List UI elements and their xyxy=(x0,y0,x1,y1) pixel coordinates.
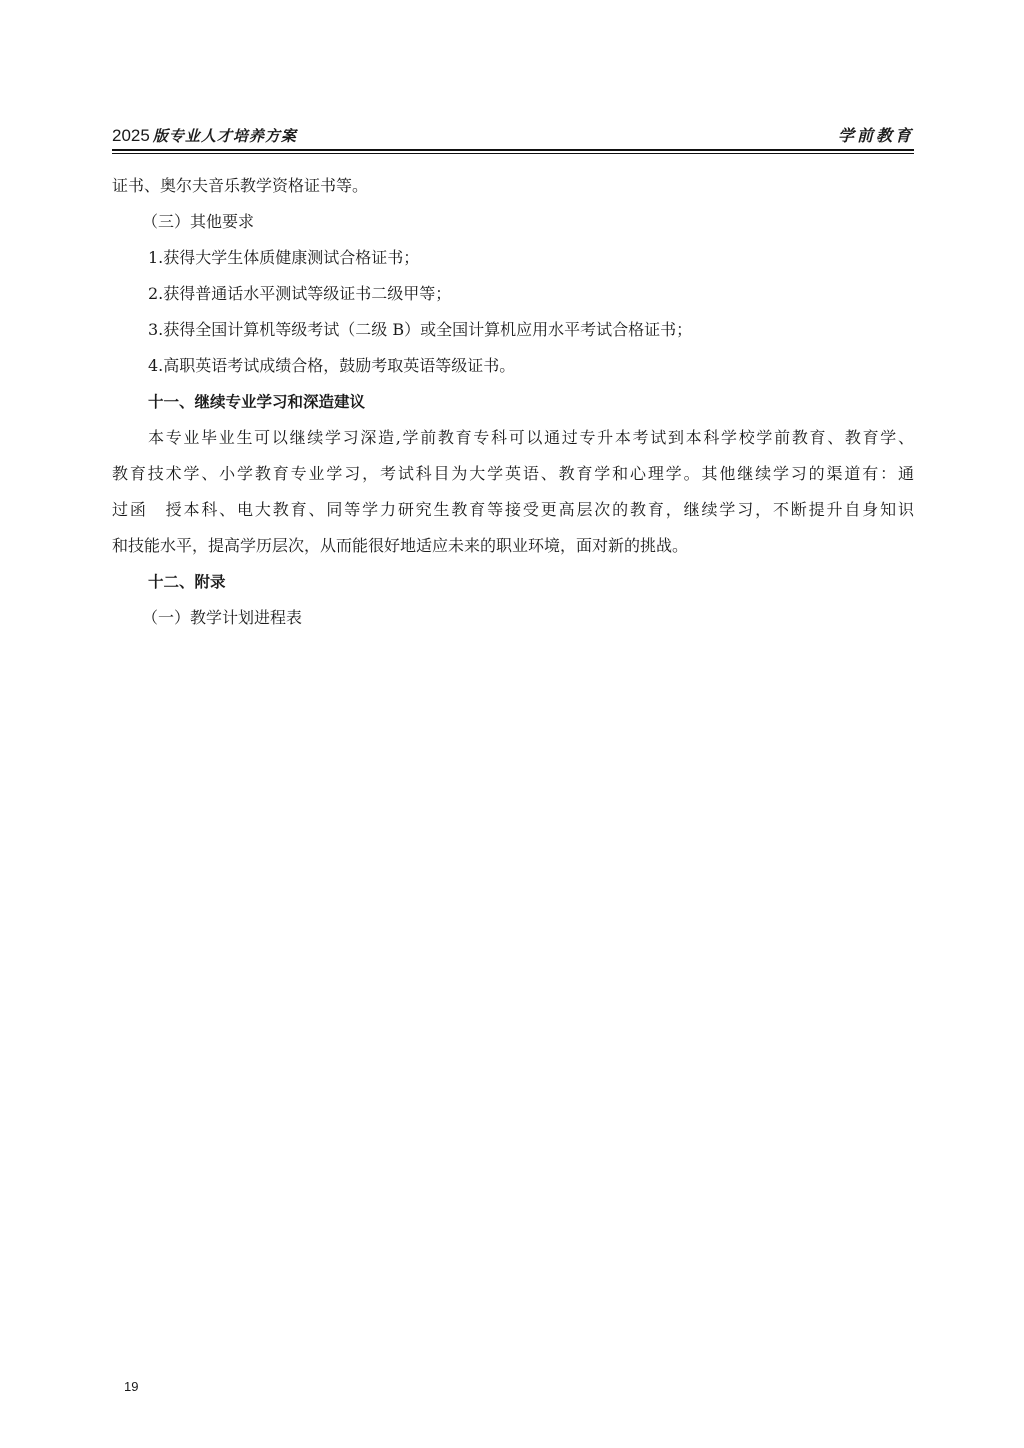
requirement-item: 1.获得大学生体质健康测试合格证书； xyxy=(112,240,914,276)
header-year: 2025 xyxy=(112,126,150,145)
paragraph-line: 和技能水平，提高学历层次，从而能很好地适应未来的职业环境，面对新的挑战。 xyxy=(112,528,914,564)
header-title: 版专业人才培养方案 xyxy=(153,127,297,145)
section-12-subheading: （一）教学计划进程表 xyxy=(112,600,914,636)
requirement-item: 4.高职英语考试成绩合格，鼓励考取英语等级证书。 xyxy=(112,348,914,384)
paragraph-line: 过函 授本科、电大教育、同等学力研究生教育等接受更高层次的教育，继续学习，不断提… xyxy=(112,492,914,528)
continuation-text: 证书、奥尔夫音乐教学资格证书等。 xyxy=(112,168,914,204)
section-other-requirements-heading: （三）其他要求 xyxy=(112,204,914,240)
header-department: 学前教育 xyxy=(838,124,914,148)
paragraph-line: 本专业毕业生可以继续学习深造,学前教育专科可以通过专升本考试到本科学校学前教育、… xyxy=(112,420,914,456)
page-content: 证书、奥尔夫音乐教学资格证书等。 （三）其他要求 1.获得大学生体质健康测试合格… xyxy=(112,168,914,636)
section-11-paragraph: 本专业毕业生可以继续学习深造,学前教育专科可以通过专升本考试到本科学校学前教育、… xyxy=(112,420,914,564)
page-number: 19 xyxy=(124,1378,138,1396)
section-12-heading: 十二、附录 xyxy=(112,564,914,600)
paragraph-line: 教育技术学、小学教育专业学习，考试科目为大学英语、教育学和心理学。其他继续学习的… xyxy=(112,456,914,492)
section-11-heading: 十一、继续专业学习和深造建议 xyxy=(112,384,914,420)
requirement-item: 2.获得普通话水平测试等级证书二级甲等； xyxy=(112,276,914,312)
header-rule-thin xyxy=(112,153,914,154)
requirement-item: 3.获得全国计算机等级考试（二级 B）或全国计算机应用水平考试合格证书； xyxy=(112,312,914,348)
header-rule-thick xyxy=(112,149,914,151)
page-header: 2025版专业人才培养方案 学前教育 xyxy=(112,124,914,152)
header-document-title: 2025版专业人才培养方案 xyxy=(112,124,297,148)
